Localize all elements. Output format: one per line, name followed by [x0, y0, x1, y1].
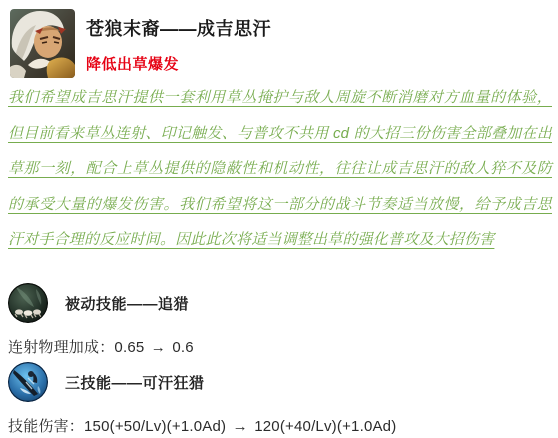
- ultimate-skill-icon: [8, 362, 48, 402]
- designer-note-paragraph: 我们希望成吉思汗提供一套利用草丛掩护与敌人周旋不断消磨对方血量的体验，但目前看来…: [8, 80, 552, 258]
- old-value: 0.65: [114, 339, 144, 356]
- skill-section-ultimate: 三技能——可汗狂猎: [8, 362, 205, 402]
- new-value: 120(+40/Lv)(+1.0Ad): [254, 418, 396, 435]
- stat-label: 连射物理加成：: [8, 339, 114, 356]
- skill-heading-ultimate: 三技能——可汗狂猎: [65, 372, 205, 393]
- old-value: 150(+50/Lv)(+1.0Ad): [84, 418, 226, 435]
- skill-heading-passive: 被动技能——追猎: [65, 293, 189, 314]
- patch-notes-section: 苍狼末裔——成吉思汗 降低出草爆发 我们希望成吉思汗提供一套利用草丛掩护与敌人周…: [0, 0, 558, 438]
- skill-change-passive: 连射物理加成：0.65 → 0.6: [8, 336, 194, 357]
- arrow-glyph: →: [231, 418, 250, 435]
- skill-section-passive: 被动技能——追猎: [8, 283, 189, 323]
- hero-avatar-icon: [10, 9, 75, 78]
- new-value: 0.6: [172, 339, 193, 356]
- arrow-glyph: →: [149, 339, 168, 356]
- hero-title: 苍狼末裔——成吉思汗: [86, 15, 271, 41]
- stat-label: 技能伤害：: [8, 418, 84, 435]
- skill-change-ultimate: 技能伤害：150(+50/Lv)(+1.0Ad) → 120(+40/Lv)(+…: [8, 415, 396, 436]
- passive-skill-icon: [8, 283, 48, 323]
- change-summary-tag: 降低出草爆发: [86, 53, 179, 74]
